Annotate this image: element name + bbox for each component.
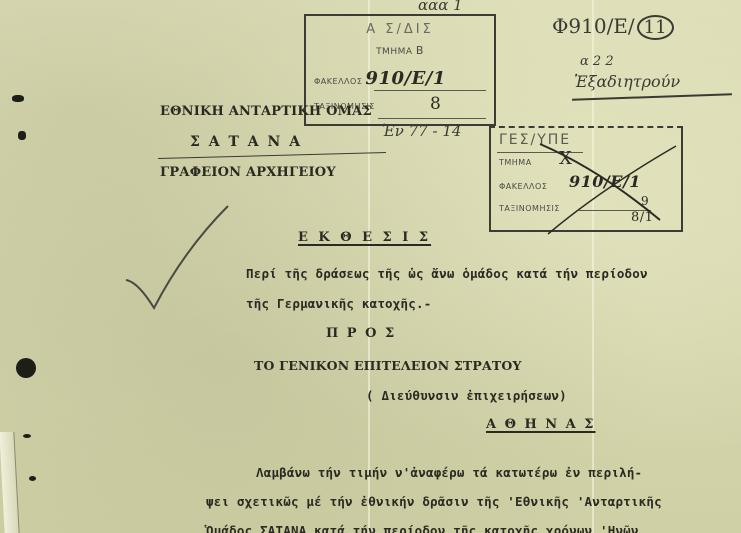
stamp-section: ΤΜΗΜΑ Β: [314, 44, 486, 57]
stamp-classification-value: 8: [430, 94, 441, 114]
stamp-folder: ΦΑΚΕΛΛΟΣ 910/Ε/1: [314, 68, 486, 89]
org-line: ΕΘΝΙΚΗ ΑΝΤΑΡΤΙΚΗ ΟΜΑΣ: [160, 104, 372, 119]
office-line: ΓΡΑΦΕΙΟΝ ΑΡΧΗΓΕΙΟΥ: [160, 165, 336, 180]
stamp-folder-value: 910/Ε/1: [365, 68, 445, 89]
circled-number: 11: [637, 15, 674, 40]
stamp-rule: [374, 90, 486, 91]
header-underline: [158, 152, 386, 159]
city-line: Α Θ Η Ν Α Σ: [486, 417, 595, 432]
handwritten-side-note: Ἐν 77 - 14: [382, 122, 461, 140]
handwritten-sub-ref: α 2 2: [580, 54, 614, 69]
report-title: Ε Κ Θ Ε Σ Ι Σ: [298, 230, 431, 245]
subject-line-2: τῆς Γερμανικῆς κατοχῆς.-: [246, 296, 431, 311]
handwritten-top-note: ααα 1: [418, 0, 463, 14]
stamp-title: Α Σ/ΔΙΣ: [314, 22, 486, 37]
handwritten-sub-note: Ἐξαδιητρούν: [574, 72, 680, 91]
stamp-section-label: ΤΜΗΜΑ: [499, 158, 532, 167]
subject-line-1: Περί τῆς δράσεως τῆς ὡς ἄνω ὁμάδος κατά …: [246, 266, 648, 281]
check-mark-icon: [124, 200, 234, 310]
directorate-line: ( Διεύθυνσιν ἐπιχειρήσεων): [366, 388, 567, 403]
cross-out-mark-icon: [540, 140, 690, 240]
stamp-section-label: ΤΜΗΜΑ: [376, 47, 412, 57]
stamp-folder-label: ΦΑΚΕΛΛΟΣ: [314, 77, 362, 86]
stamp-rule: [378, 118, 486, 119]
handwritten-underline: [572, 93, 732, 101]
punch-hole-icon: [12, 95, 24, 102]
handwritten-file-ref: Φ910/Ε/11: [552, 14, 674, 40]
stamp-section-value: Β: [416, 44, 424, 57]
recipient-line: ΤΟ ΓΕΝΙΚΟΝ ΕΠΙΤΕΛΕΙΟΝ ΣΤΡΑΤΟΥ: [254, 358, 522, 373]
group-name: Σ Α Τ Α Ν Α: [190, 134, 302, 150]
scanned-document-page: Α Σ/ΔΙΣ ΤΜΗΜΑ Β ΦΑΚΕΛΛΟΣ 910/Ε/1 ΤΑΞΙΝΟΜ…: [0, 0, 741, 533]
page-edge: [0, 432, 20, 533]
body-line: ψει σχετικῶς μέ τήν ἐθνικήν δρᾶσιν τῆς '…: [206, 494, 662, 509]
to-label: Π Ρ Ο Σ: [326, 326, 396, 341]
body-line: Ὁμάδος ΣΑΤΑΝΑ κατά τήν περίοδον τῆς κατο…: [206, 523, 639, 533]
body-line: Λαμβάνω τήν τιμήν ν'ἀναφέρω τά κατωτέρω …: [256, 465, 642, 480]
punch-hole-icon: [23, 434, 31, 438]
punch-hole-icon: [29, 476, 36, 481]
punch-hole-icon: [18, 131, 26, 140]
file-ref-text: Φ910/Ε/: [552, 14, 635, 38]
punch-hole-icon: [16, 358, 36, 378]
